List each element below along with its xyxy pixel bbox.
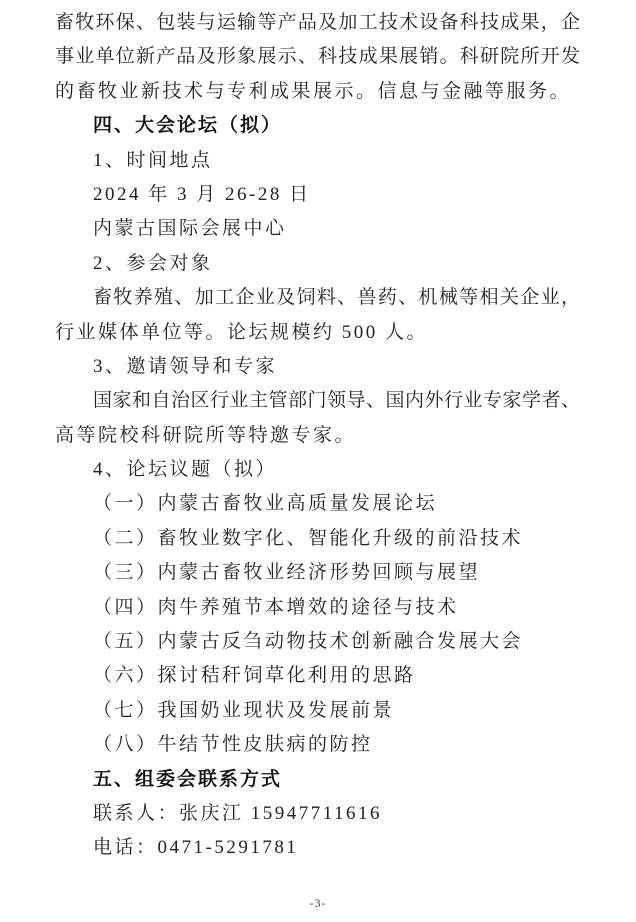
forum-topic-item: （八）牛结节性皮肤病的防控 [55,728,580,762]
paragraph-line: 行业媒体单位等。论坛规模约 500 人。 [55,316,580,350]
paragraph-line: 高等院校科研院所等特邀专家。 [55,419,580,453]
forum-topic-item: （七）我国奶业现状及发展前景 [55,694,580,728]
section-heading-contact: 五、组委会联系方式 [55,763,580,797]
item-time-place: 1、时间地点 [55,144,580,178]
item-invited-experts: 3、邀请领导和专家 [55,350,580,384]
contact-person-line: 联系人：张庆江 15947711616 [55,797,580,831]
forum-topic-item: （四）肉牛养殖节本增效的途径与技术 [55,591,580,625]
forum-topic-item: （三）内蒙古畜牧业经济形势回顾与展望 [55,556,580,590]
paragraph-line: 国家和自治区行业主管部门领导、国内外行业专家学者、 [55,384,580,418]
paragraph-line: 畜牧环保、包装与运输等产品及加工技术设备科技成果，企 [55,6,580,40]
document-page: 畜牧环保、包装与运输等产品及加工技术设备科技成果，企 事业单位新产品及形象展示、… [0,0,636,922]
forum-topic-item: （二）畜牧业数字化、智能化升级的前沿技术 [55,522,580,556]
contact-phone-line: 电话：0471-5291781 [55,831,580,865]
page-number: -3- [0,896,636,911]
paragraph-line: 的畜牧业新技术与专利成果展示。信息与金融等服务。 [55,75,580,109]
item-forum-topics: 4、论坛议题（拟） [55,453,580,487]
venue-line: 内蒙古国际会展中心 [55,212,580,246]
date-line: 2024 年 3 月 26-28 日 [55,178,580,212]
paragraph-line: 畜牧养殖、加工企业及饲料、兽药、机械等相关企业， [55,281,580,315]
forum-topic-item: （六）探讨秸秆饲草化利用的思路 [55,659,580,693]
paragraph-line: 事业单位新产品及形象展示、科技成果展销。科研院所开发 [55,40,580,74]
forum-topic-item: （五）内蒙古反刍动物技术创新融合发展大会 [55,625,580,659]
section-heading-forum: 四、大会论坛（拟） [55,109,580,143]
document-body: 畜牧环保、包装与运输等产品及加工技术设备科技成果，企 事业单位新产品及形象展示、… [55,6,580,866]
item-attendees: 2、参会对象 [55,247,580,281]
forum-topic-item: （一）内蒙古畜牧业高质量发展论坛 [55,487,580,521]
